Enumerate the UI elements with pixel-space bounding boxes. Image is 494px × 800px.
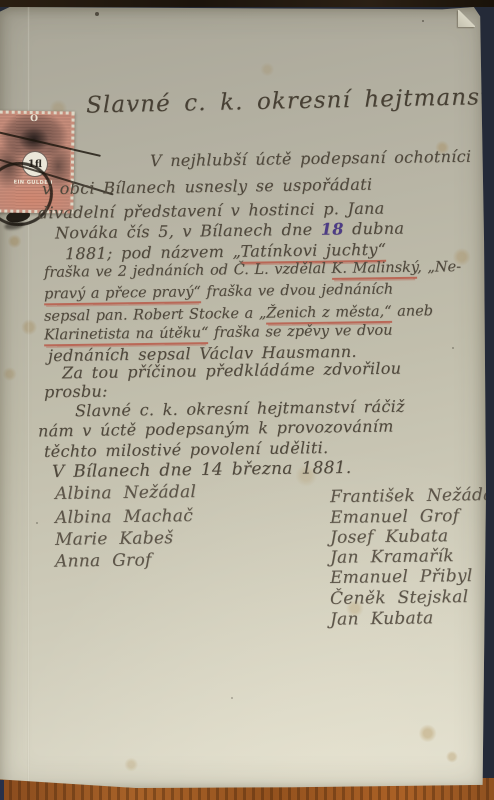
signature: Anna Grof <box>55 551 152 572</box>
handwritten-text: , „Ne- <box>417 259 461 276</box>
red-underlined-phrase: pravý a přece pravý“ <box>44 284 201 305</box>
handwritten-text: fraška ve 2 jednáních od Č. L. vzdělal <box>44 261 332 281</box>
document-line: Klarinetista na útěku“ fraška se zpěvy v… <box>44 323 393 345</box>
signature: Marie Kabeš <box>55 529 174 550</box>
document-paper: O 1fl EIN GULDEN Slavné c. k. okresní he… <box>0 7 486 788</box>
signature: Albina Machač <box>55 507 193 528</box>
document-line: V nejhlubší úctě podepsaní ochotníci <box>150 148 472 171</box>
handwritten-text: fraška ve dvou jednáních <box>201 282 394 301</box>
signature: Jan Kramařík <box>330 547 454 568</box>
red-underlined-phrase: Klarinetista na útěku“ <box>44 325 209 346</box>
signature: Emanuel Grof <box>330 507 460 528</box>
red-underlined-phrase: K. Malinský <box>331 260 417 280</box>
signature: Albina Nežádal <box>55 483 196 505</box>
signature: Čeněk Stejskal <box>330 588 469 609</box>
photographed-document: O 1fl EIN GULDEN Slavné c. k. okresní he… <box>0 0 494 800</box>
handwritten-text: aneb <box>391 303 433 320</box>
signature: Jan Kubata <box>330 609 434 630</box>
document-line: Za tou příčinou předkládáme zdvořilou <box>62 360 402 383</box>
handwritten-text: těchto milostivé povolení uděliti. <box>44 438 329 461</box>
signature: Josef Kubata <box>330 527 449 548</box>
handwritten-text: V nejhlubší úctě podepsaní ochotníci <box>150 147 472 170</box>
background-corner-sliver <box>0 780 4 800</box>
handwritten-text: Za tou příčinou předkládáme zdvořilou <box>62 359 402 383</box>
signature: František Nežádal <box>330 486 494 508</box>
document-line: nám v úctě podepsaným k provozováním <box>38 418 394 441</box>
purple-ink-number: 18 <box>321 219 344 238</box>
handwritten-text: nám v úctě podepsaným k provozováním <box>38 417 394 441</box>
document-heading: Slavné c. k. okresní hejtmanství! <box>86 83 494 119</box>
stamp-top-letter: O <box>30 114 38 124</box>
handwritten-text: dubna <box>344 219 405 239</box>
dark-table-edge-top <box>0 0 494 7</box>
handwritten-text: fraška se zpěvy ve dvou <box>208 323 392 342</box>
handwritten-text: v obci Bílanech usnesly se uspořádati <box>42 175 373 199</box>
handwritten-text: 1881; pod názvem „ <box>65 242 241 263</box>
ink-specks <box>0 7 2 9</box>
handwritten-text: Nováka čís 5, v Bílanech dne <box>55 220 321 243</box>
handwritten-text: sepsal pan. Robert Stocke a „ <box>44 306 267 325</box>
date-line: V Bílanech dne 14 března 1881. <box>52 459 352 483</box>
folded-corner <box>458 10 475 27</box>
document-line: pravý a přece pravý“ fraška ve dvou jedn… <box>44 282 393 304</box>
document-line: v obci Bílanech usnesly se uspořádati <box>42 176 373 199</box>
document-line: prosbu: <box>44 383 108 402</box>
signature: Emanuel Přibyl <box>330 567 473 589</box>
red-underlined-phrase: Ženich z města,“ <box>266 304 391 325</box>
handwritten-text: prosbu: <box>44 382 108 402</box>
